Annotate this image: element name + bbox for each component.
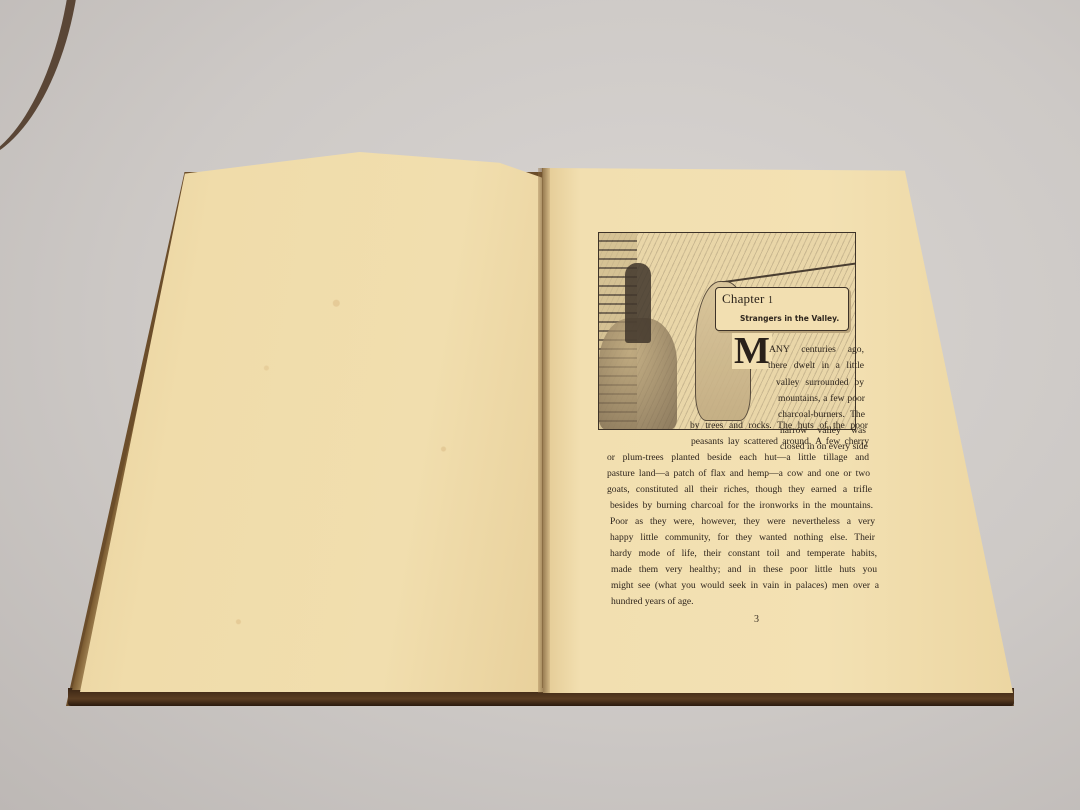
text-line: hundred years of age. bbox=[611, 594, 694, 610]
text-line: pasture land—a patch of flax and hemp—a … bbox=[607, 466, 870, 482]
text-line: happy little community, for they wanted … bbox=[610, 530, 875, 546]
text-line: peasants lay scattered around. A few che… bbox=[691, 434, 869, 450]
text-line: or plum-trees planted beside each hut—a … bbox=[607, 450, 869, 466]
text-line: ANY centuries ago, bbox=[769, 342, 864, 358]
book-gutter bbox=[538, 168, 550, 693]
chapter-subtitle: Strangers in the Valley. bbox=[740, 314, 839, 323]
text-line: Poor as they were, however, they were ne… bbox=[610, 514, 875, 530]
text-line: made them very healthy; and in these poo… bbox=[611, 562, 877, 578]
text-line: by trees and rocks. The huts of the poor bbox=[690, 418, 868, 434]
text-line: besides by burning charcoal for the iron… bbox=[610, 498, 873, 514]
gutter-fold-line bbox=[542, 168, 543, 688]
text-line: there dwelt in a little bbox=[768, 358, 864, 374]
chapter-number: 1 bbox=[768, 295, 773, 306]
illustration-standing-man bbox=[625, 263, 651, 343]
left-page bbox=[80, 152, 546, 692]
chapter-heading-banner: Chapter 1 Strangers in the Valley. bbox=[715, 287, 849, 331]
strap-object bbox=[0, 0, 78, 176]
text-line: might see (what you would seek in vain i… bbox=[611, 578, 879, 594]
drop-cap: M bbox=[732, 333, 772, 369]
text-line: valley surrounded by bbox=[776, 375, 864, 391]
page-number: 3 bbox=[754, 614, 759, 625]
text-line: mountains, a few poor bbox=[778, 391, 865, 407]
illustration-roof-beam bbox=[717, 232, 856, 283]
chapter-label: Chapter bbox=[722, 291, 765, 306]
chapter-title: Chapter 1 bbox=[722, 291, 773, 307]
text-line: goats, constituted all their riches, tho… bbox=[607, 482, 872, 498]
text-line: hardy mode of life, their constant toil … bbox=[610, 546, 877, 562]
